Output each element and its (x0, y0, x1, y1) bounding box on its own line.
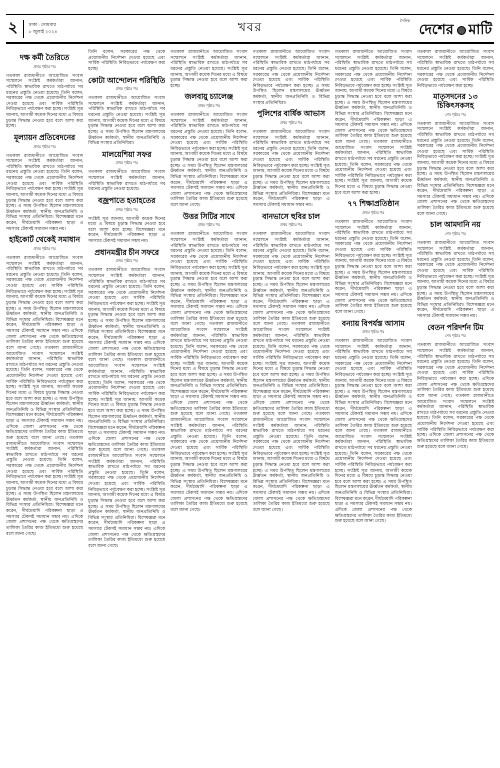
article-headline: মালয়েশিয়া সফর (88, 151, 165, 160)
continued-from-label: প্রথম পৃষ্ঠার পর (6, 246, 83, 253)
continued-from-label: প্রথম পৃষ্ঠার পর (88, 258, 165, 265)
continued-from-label: প্রথম পৃষ্ঠার পর (253, 222, 330, 229)
article-body: সংশ্লিষ্ট সূত্র জানায়, আগামী কয়েক দিনে… (88, 216, 165, 244)
article-headline: বেতন পরিদর্শন টিম (417, 324, 494, 333)
continued-from-label: প্রথম পৃষ্ঠার পর (335, 329, 412, 336)
column-6: গতকাল রাজধানীতে আয়োজিত সংবাদ সম্মেলনে স… (417, 49, 494, 760)
page-info: ২ ঢাকা : সোমবার ৮ জুলাই ২০২৪ (8, 20, 128, 38)
page-header: ২ ঢাকা : সোমবার ৮ জুলাই ২০২৪ খবর দৈনিক দ… (6, 14, 494, 44)
article-body: গতকাল রাজধানীতে আয়োজিত সংবাদ সম্মেলনে স… (6, 255, 83, 536)
article-body: গতকাল রাজধানীতে আয়োজিত সংবাদ সম্মেলনে স… (253, 129, 330, 208)
article-headline: বানভাসে হুবির চাল (253, 213, 330, 222)
continued-from-label: প্রথম পৃষ্ঠার পর (88, 86, 165, 93)
header-divider (23, 20, 24, 38)
masthead-name-left: দেশের (419, 24, 454, 38)
continued-from-label: প্রথম পৃষ্ঠার পর (335, 210, 412, 217)
article-body: গতকাল রাজধানীতে আয়োজিত সংবাদ সম্মেলনে স… (253, 49, 330, 105)
article-body: গতকাল রাজধানীতে আয়োজিত সংবাদ সম্মেলনে স… (417, 121, 494, 217)
continued-from-label: প্রথম পৃষ্ঠার পর (88, 160, 165, 167)
article-body: গতকাল রাজধানীতে আয়োজিত সংবাদ সম্মেলনে স… (170, 231, 247, 512)
column-4: গতকাল রাজধানীতে আয়োজিত সংবাদ সম্মেলনে স… (253, 49, 330, 760)
article-headline: হাইকোর্ট থেকেই সমাধান (6, 236, 83, 245)
article-headline: জলবায়ু চ্যালেঞ্জ (170, 93, 247, 102)
article-body: গতকাল রাজধানীতে আয়োজিত সংবাদ সম্মেলনে স… (170, 112, 247, 208)
article-body: গতকাল রাজধানীতে আয়োজিত সংবাদ সম্মেলনে স… (253, 231, 330, 512)
article-body: গতকাল রাজধানীতে আয়োজিত সংবাদ সম্মেলনে স… (335, 219, 412, 315)
article-columns: দক্ষ কর্মী তৈরিতেপ্রথম পৃষ্ঠার পরগতকাল র… (0, 44, 500, 760)
article-headline: ৭৭ শিক্ষাপ্রতিষ্ঠান (335, 200, 412, 209)
article-headline: উত্তর সিটির সাথে (170, 213, 247, 222)
article-body: গতকাল রাজধানীতে আয়োজিত সংবাদ সম্মেলনে স… (417, 49, 494, 88)
article-headline: পুলিশের বার্ষিক আভাস (253, 110, 330, 119)
column-2: তিনি বলেন, সরকারের পক্ষ থেকে প্রয়োজনীয়… (88, 49, 165, 760)
dateline: ঢাকা : সোমবার ৮ জুলাই ২০২৪ (29, 22, 57, 34)
continued-from-label: শেষ পৃষ্ঠার পর (417, 333, 494, 340)
article-headline: মাতৃসদনের ১৩ চিকিৎসকসহ (417, 93, 494, 110)
article-body: গতকাল রাজধানীতে আয়োজিত সংবাদ সম্মেলনে স… (88, 95, 165, 146)
article-headline: কোটা আন্দোলন পরিস্থিতি (88, 77, 165, 86)
page-number: ২ (8, 21, 18, 36)
continued-from-label: শেষ পৃষ্ঠার পর (417, 231, 494, 238)
masthead-logo-icon (457, 26, 466, 35)
continued-from-label: প্রথম পৃষ্ঠার পর (6, 144, 83, 151)
dateline-date: ৮ জুলাই ২০২৪ (29, 29, 57, 35)
article-body: গতকাল রাজধানীতে আয়োজিত সংবাদ সম্মেলনে স… (335, 338, 412, 524)
article-headline: বন্যায় বিপর্যস্ত আসাম (335, 320, 412, 329)
newspaper-page: ২ ঢাকা : সোমবার ৮ জুলাই ২০২৪ খবর দৈনিক দ… (0, 0, 500, 768)
article-headline: প্রধানমন্ত্রীর চীন সফরে (88, 249, 165, 258)
article-body: গতকাল রাজধানীতে আয়োজিত সংবাদ সম্মেলনে স… (170, 49, 247, 88)
masthead-name-right: মাটি (469, 24, 492, 38)
article-headline: দক্ষ কর্মী তৈরিতে (6, 54, 83, 63)
article-headline: চাল আমদানি নয় (417, 221, 494, 230)
continued-from-label: প্রথম পৃষ্ঠার পর (170, 222, 247, 229)
article-body: গতকাল রাজধানীতে আয়োজিত সংবাদ সম্মেলনে স… (417, 342, 494, 449)
section-title: খবর (128, 19, 372, 39)
article-body: গতকাল রাজধানীতে আয়োজিত সংবাদ সম্মেলনে স… (417, 240, 494, 319)
article-body: গতকাল রাজধানীতে আয়োজিত সংবাদ সম্মেলনে স… (6, 153, 83, 232)
article-headline: মূল্যায়ন প্রতিবেদনের (6, 134, 83, 143)
masthead-tagline: দৈনিক (400, 18, 410, 25)
continued-from-label: প্রথম পৃষ্ঠার পর (170, 103, 247, 110)
continued-from-label: শেষ পৃষ্ঠার পর (417, 112, 494, 119)
article-body: গতকাল রাজধানীতে আয়োজিত সংবাদ সম্মেলনে স… (88, 169, 165, 192)
column-5: গতকাল রাজধানীতে আয়োজিত সংবাদ সম্মেলনে স… (335, 49, 412, 760)
continued-from-label: প্রথম পৃষ্ঠার পর (253, 120, 330, 127)
column-3: গতকাল রাজধানীতে আয়োজিত সংবাদ সম্মেলনে স… (170, 49, 247, 760)
continued-from-label: প্রথম পৃষ্ঠার পর (6, 64, 83, 71)
article-body: গতকাল রাজধানীতে আয়োজিত সংবাদ সম্মেলনে স… (335, 49, 412, 195)
article-body: গতকাল রাজধানীতে আয়োজিত সংবাদ সম্মেলনে স… (6, 73, 83, 129)
masthead: দৈনিক দেশের মাটি (372, 20, 492, 38)
article-headline: বজ্রপাতে হতাহতের (88, 197, 165, 206)
article-body: তিনি বলেন, সরকারের পক্ষ থেকে প্রয়োজনীয়… (88, 49, 165, 72)
column-1: দক্ষ কর্মী তৈরিতেপ্রথম পৃষ্ঠার পরগতকাল র… (6, 49, 83, 760)
article-body: গতকাল রাজধানীতে আয়োজিত সংবাদ সম্মেলনে স… (88, 267, 165, 548)
continued-from-label: প্রথম পৃষ্ঠার পর (88, 207, 165, 214)
